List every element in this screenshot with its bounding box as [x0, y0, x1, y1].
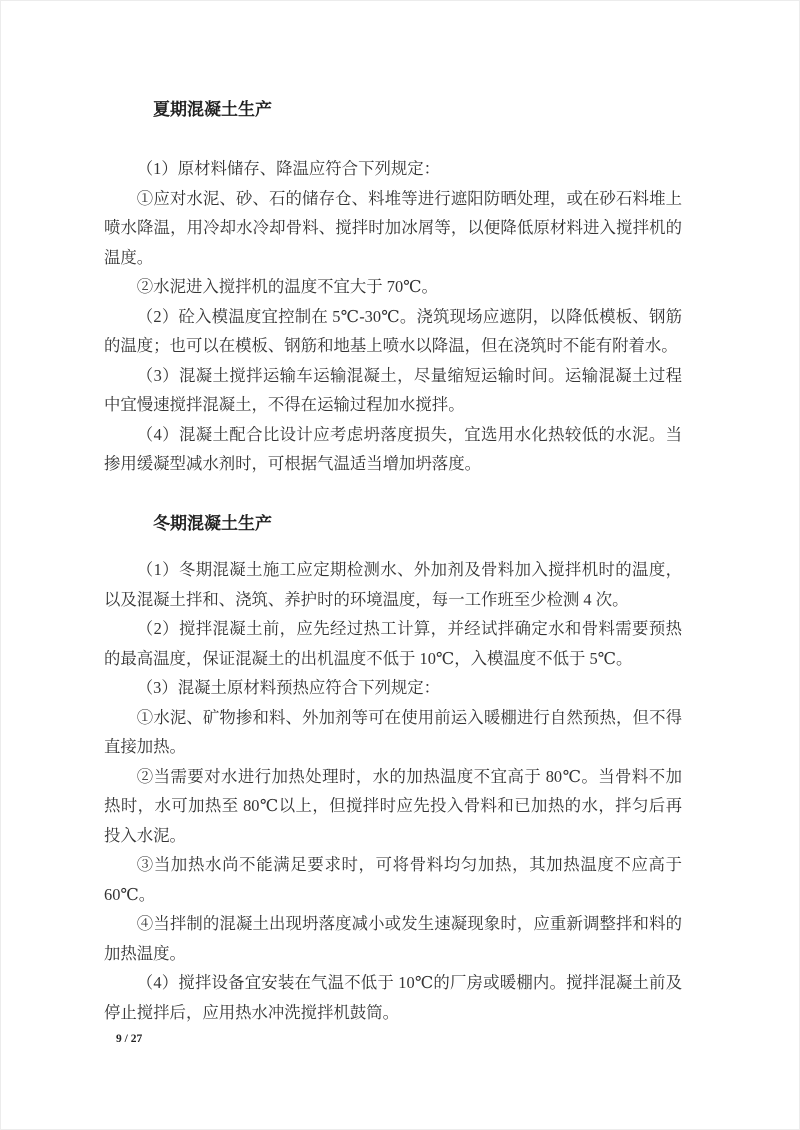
- paragraph: （1）原材料储存、降温应符合下列规定：: [104, 154, 682, 184]
- paragraph: （3）混凝土原材料预热应符合下列规定：: [104, 673, 682, 703]
- paragraph: ②当需要对水进行加热处理时，水的加热温度不宜高于 80℃。当骨料不加热时，水可加…: [104, 762, 682, 851]
- paragraph: ③当加热水尚不能满足要求时，可将骨料均匀加热，其加热温度不应高于 60℃。: [104, 850, 682, 909]
- paragraph: ①水泥、矿物掺和料、外加剂等可在使用前运入暖棚进行自然预热，但不得直接加热。: [104, 703, 682, 762]
- paragraph: ②水泥进入搅拌机的温度不宜大于 70℃。: [104, 272, 682, 302]
- document-page: 夏期混凝土生产 （1）原材料储存、降温应符合下列规定： ①应对水泥、砂、石的储存…: [0, 0, 800, 1130]
- paragraph: （2）砼入模温度宜控制在 5℃-30℃。浇筑现场应遮阴，以降低模板、钢筋的温度；…: [104, 302, 682, 361]
- paragraph: （1）冬期混凝土施工应定期检测水、外加剂及骨料加入搅拌机时的温度，以及混凝土拌和…: [104, 555, 682, 614]
- paragraph: （4）混凝土配合比设计应考虑坍落度损失，宜选用水化热较低的水泥。当掺用缓凝型减水…: [104, 420, 682, 479]
- page-number: 9 / 27: [116, 1032, 142, 1046]
- section-heading-winter-concrete: 冬期混凝土生产: [104, 509, 682, 539]
- document-body: 夏期混凝土生产 （1）原材料储存、降温应符合下列规定： ①应对水泥、砂、石的储存…: [104, 95, 682, 1027]
- paragraph: ④当拌制的混凝土出现坍落度减小或发生速凝现象时，应重新调整拌和料的加热温度。: [104, 909, 682, 968]
- paragraph: （2）搅拌混凝土前，应先经过热工计算，并经试拌确定水和骨料需要预热的最高温度，保…: [104, 614, 682, 673]
- paragraph: （4）搅拌设备宜安装在气温不低于 10℃的厂房或暖棚内。搅拌混凝土前及停止搅拌后…: [104, 968, 682, 1027]
- section-heading-summer-concrete: 夏期混凝土生产: [104, 95, 682, 125]
- paragraph: （3）混凝土搅拌运输车运输混凝土，尽量缩短运输时间。运输混凝土过程中宜慢速搅拌混…: [104, 361, 682, 420]
- paragraph: ①应对水泥、砂、石的储存仓、料堆等进行遮阳防晒处理，或在砂石料堆上喷水降温，用冷…: [104, 184, 682, 273]
